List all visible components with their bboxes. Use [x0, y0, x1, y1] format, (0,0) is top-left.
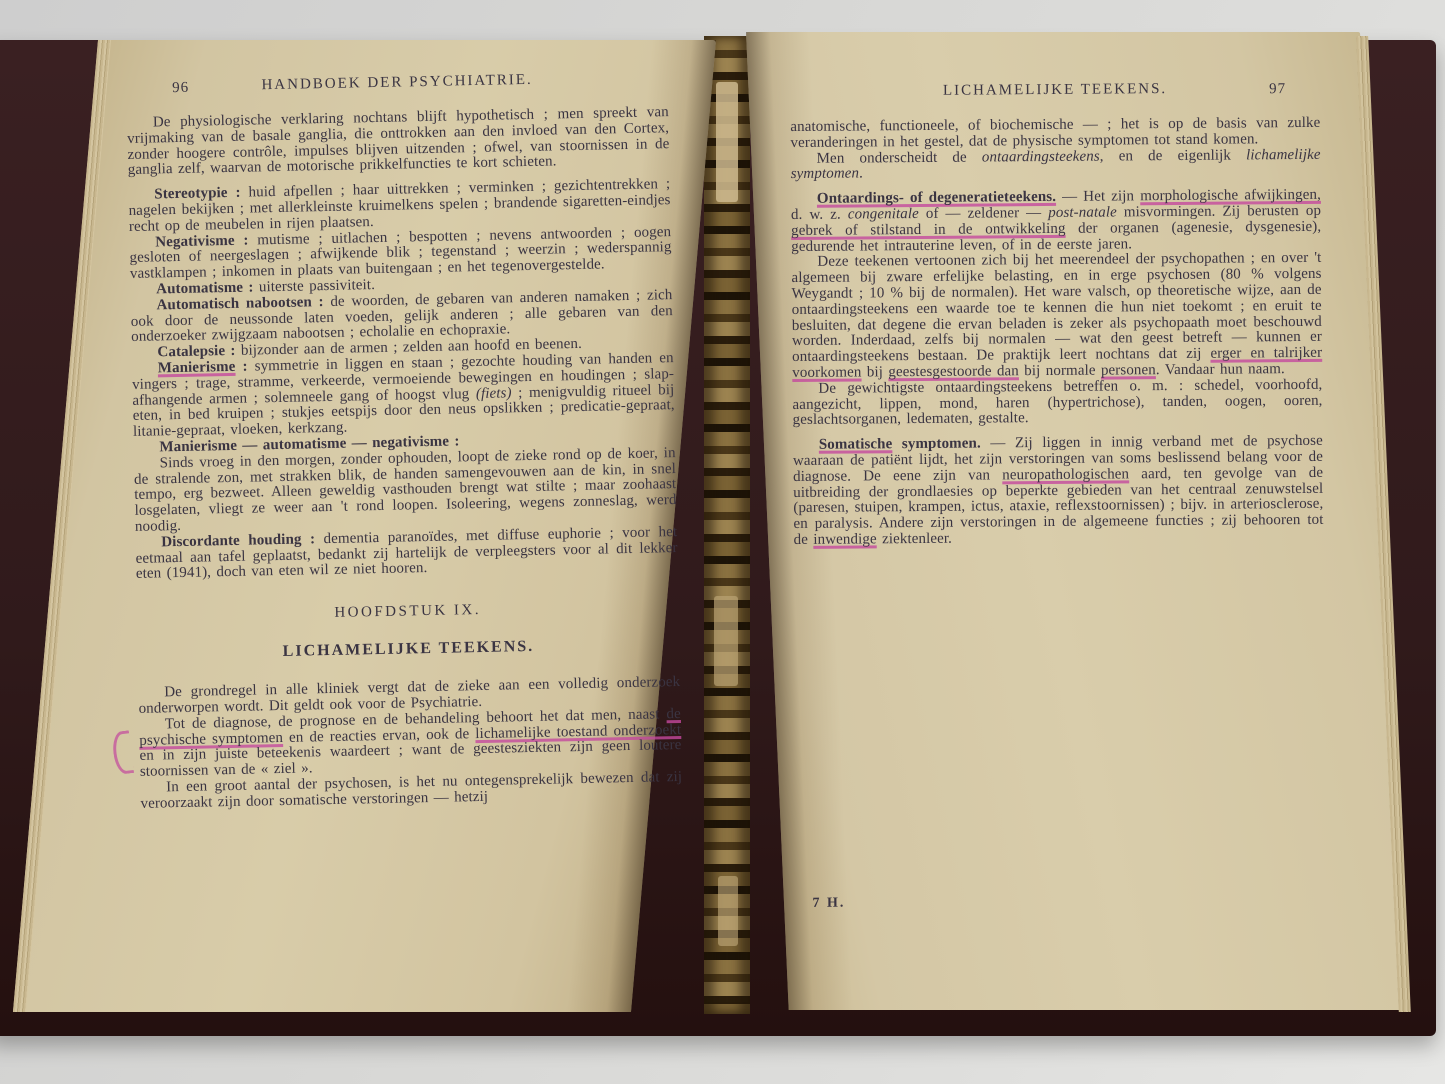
right-page-body: anatomische, functioneele, of biochemisc…: [790, 116, 1323, 549]
left-page-text: 96 HANDBOEK DER PSYCHIATRIE. De physiolo…: [126, 69, 683, 812]
section-heading: LICHAMELIJKE TEEKENS.: [137, 635, 679, 664]
paragraph: Men onderscheidt de ontaardingsteekens, …: [791, 147, 1321, 183]
right-page-text: LICHAMELIJKE TEEKENS. 97 anatomische, fu…: [790, 80, 1324, 549]
left-page-body-bottom: De grondregel in alle kliniek vergt dat …: [138, 675, 682, 812]
paragraph: Manierisme : symmetrie in liggen en staa…: [132, 351, 675, 441]
right-running-title: LICHAMELIJKE TEEKENS.: [790, 80, 1320, 101]
binding-thread-patch: [716, 82, 738, 202]
binding-thread-patch: [718, 876, 738, 946]
paragraph: De physiologische verklaring nochtans bl…: [127, 105, 670, 179]
paragraph: Discordante houding : dementia paranoïde…: [135, 525, 678, 583]
paragraph: Tot de diagnose, de prognose en de behan…: [139, 707, 682, 781]
paragraph: Ontaardings- of degeneratieteekens. — He…: [791, 188, 1321, 255]
paragraph: De gewichtigste ontaardingsteekens betre…: [792, 378, 1322, 430]
chapter-heading: HOOFDSTUK IX.: [137, 598, 679, 626]
paragraph: Sinds vroeg in den morgen, zonder ophoud…: [134, 446, 677, 536]
paragraph: Somatische symptomen. — Zij liggen in in…: [793, 434, 1324, 549]
book-photograph: 96 HANDBOEK DER PSYCHIATRIE. De physiolo…: [0, 0, 1445, 1084]
right-page-number: 97: [1269, 81, 1286, 98]
left-page-body-top: De physiologische verklaring nochtans bl…: [127, 105, 678, 583]
binding-thread-patch: [714, 596, 738, 686]
book-spine-binding: [704, 36, 750, 1014]
right-page-header: LICHAMELIJKE TEEKENS. 97: [790, 80, 1320, 104]
signature-mark: 7 H.: [812, 896, 845, 912]
paragraph: Deze teekenen vertoonen zich bij het mee…: [791, 251, 1322, 382]
